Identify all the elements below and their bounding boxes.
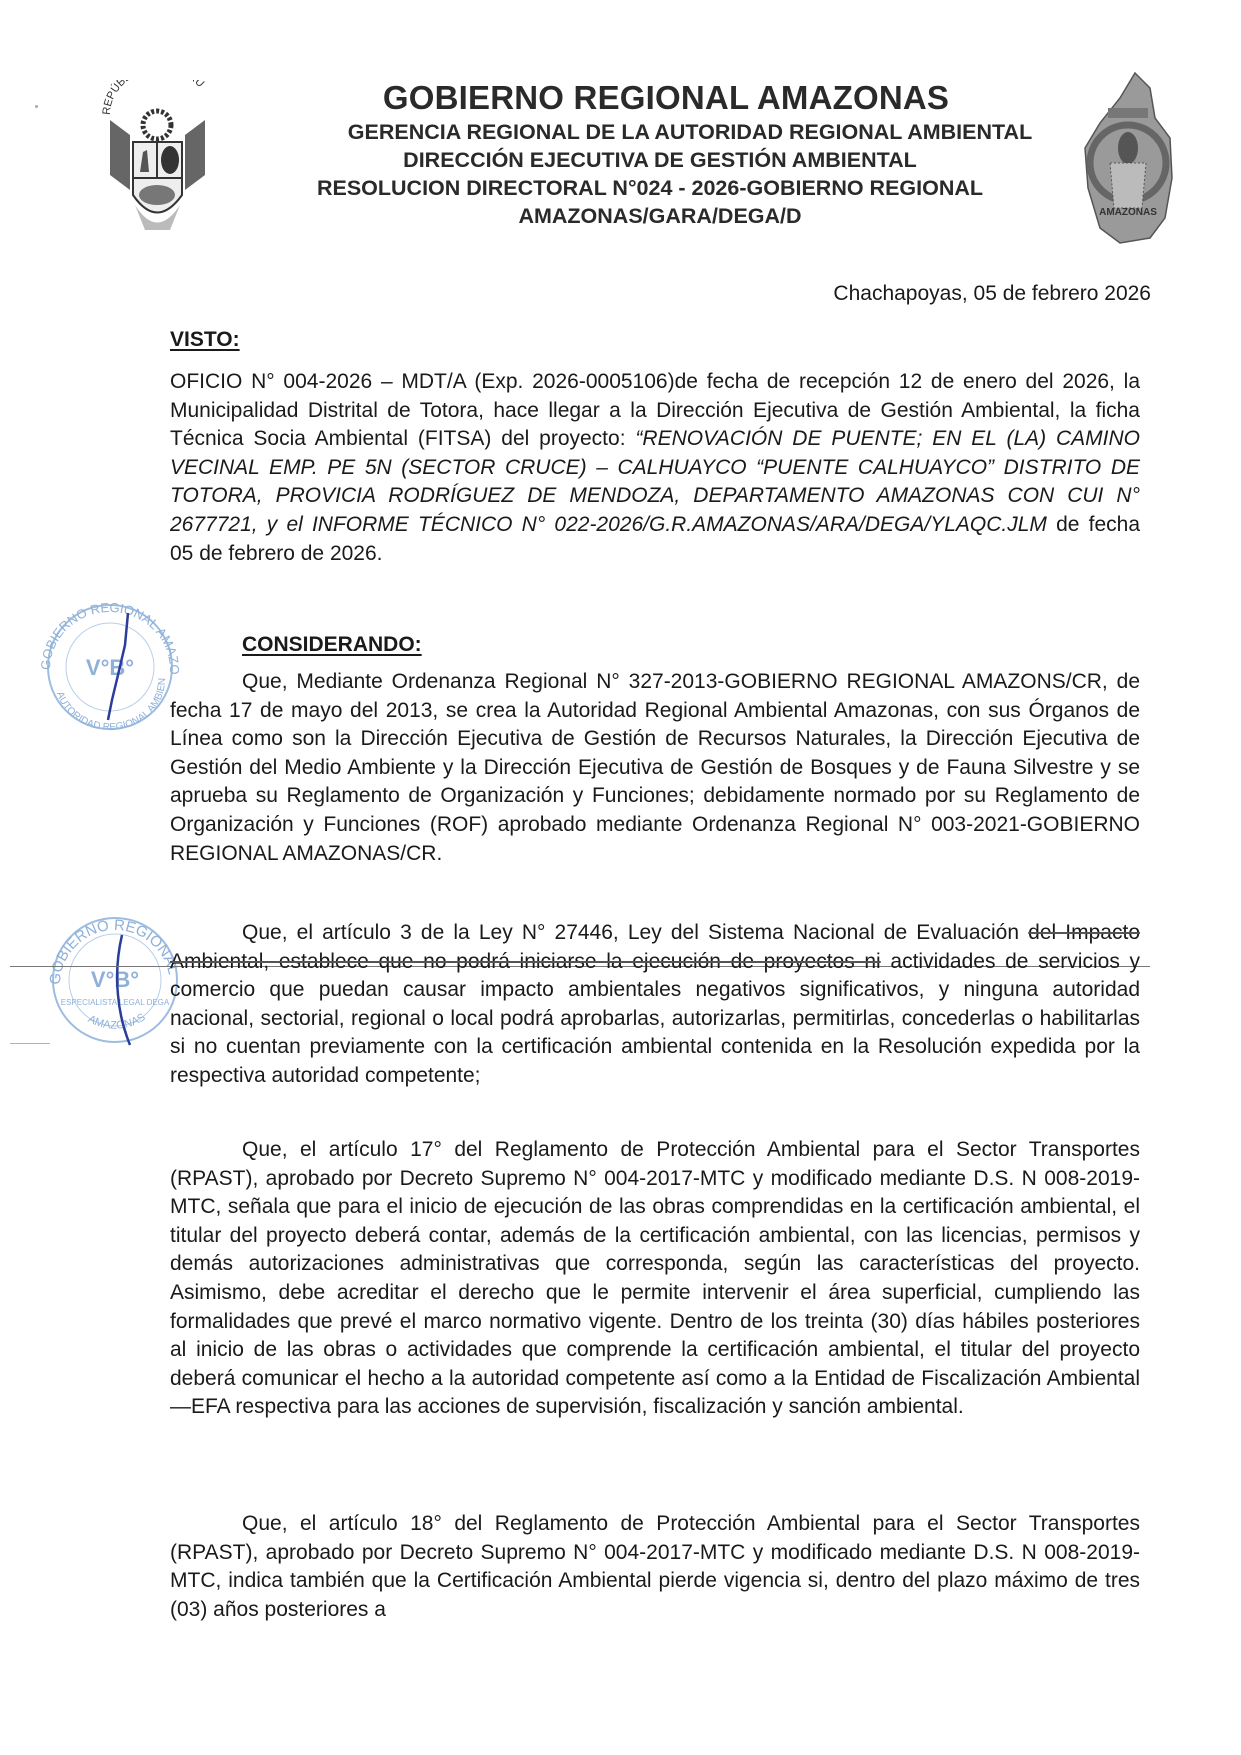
- scan-speck: [35, 105, 38, 108]
- considerando-heading: CONSIDERANDO:: [242, 633, 422, 657]
- visto-heading: VISTO:: [170, 328, 240, 352]
- header-gerencia: GERENCIA REGIONAL DE LA AUTORIDAD REGION…: [290, 118, 1090, 146]
- vobo-stamp-icon: GOBIERNO REGIONAL AMAZONAS AUTORIDAD REG…: [30, 595, 190, 735]
- svg-text:AMAZONAS: AMAZONAS: [86, 1011, 148, 1032]
- svg-text:V°B°: V°B°: [91, 967, 139, 992]
- considerando-paragraph-4: Que, el artículo 18° del Reglamento de P…: [170, 1510, 1140, 1624]
- svg-text:ESPECIALISTA LEGAL DEGA: ESPECIALISTA LEGAL DEGA: [61, 998, 170, 1007]
- considerando-paragraph-3: Que, el artículo 17° del Reglamento de P…: [170, 1136, 1140, 1422]
- header-resolucion: RESOLUCION DIRECTORAL N°024 - 2026-GOBIE…: [210, 174, 1090, 202]
- header-direccion: DIRECCIÓN EJECUTIVA DE GESTIÓN AMBIENTAL: [230, 146, 1090, 174]
- svg-text:AMAZONAS: AMAZONAS: [1099, 207, 1157, 218]
- header-title: GOBIERNO REGIONAL AMAZONAS: [242, 78, 1090, 118]
- peru-coat-of-arms-icon: REPÚBLICA DEL PERÚ: [95, 80, 220, 240]
- considerando-paragraph-2: Que, el artículo 3 de la Ley N° 27446, L…: [170, 919, 1140, 1091]
- visto-paragraph: OFICIO N° 004-2026 – MDT/A (Exp. 2026-00…: [170, 368, 1140, 568]
- vobo-legal-stamp-icon: GOBIERNO REGIONAL AMAZONAS V°B° ESPECIAL…: [40, 905, 190, 1055]
- considerando-paragraph-1: Que, Mediante Ordenanza Regional N° 327-…: [170, 668, 1140, 868]
- gobierno-regional-amazonas-emblem-icon: AMAZONAS: [1080, 68, 1175, 248]
- scan-artifact-line: [10, 1043, 50, 1044]
- document-header: GOBIERNO REGIONAL AMAZONAS GERENCIA REGI…: [230, 78, 1090, 230]
- header-resolucion-suffix: AMAZONAS/GARA/DEGA/D: [230, 202, 1090, 230]
- document-date: Chachapoyas, 05 de febrero 2026: [833, 282, 1151, 306]
- svg-text:V°B°: V°B°: [86, 655, 134, 680]
